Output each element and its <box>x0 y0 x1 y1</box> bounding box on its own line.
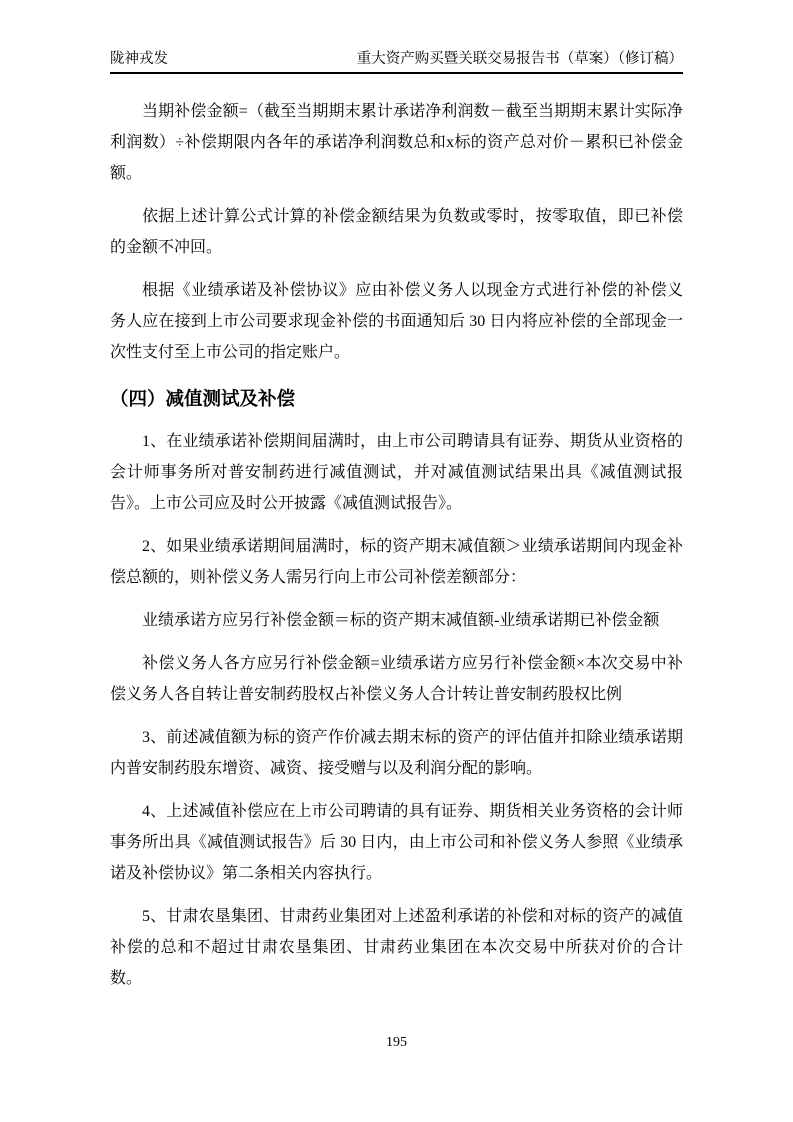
paragraph-item-2: 2、如果业绩承诺期间届满时，标的资产期末减值额＞业绩承诺期间内现金补偿总额的，则… <box>110 531 683 593</box>
paragraph-compensation-formula: 当期补偿金额=（截至当期期末累计承诺净利润数－截至当期期末累计实际净利润数）÷补… <box>110 96 683 189</box>
paragraph-item-4: 4、上述减值补偿应在上市公司聘请的具有证券、期货相关业务资格的会计师事务所出具《… <box>110 796 683 889</box>
paragraph-item-1: 1、在业绩承诺补偿期间届满时，由上市公司聘请具有证券、期货从业资格的会计师事务所… <box>110 426 683 519</box>
content-area: 陇神戎发 重大资产购买暨关联交易报告书（草案）（修订稿） 当期补偿金额=（截至当… <box>110 0 683 1006</box>
paragraph-zero-value-rule: 依据上述计算公式计算的补偿金额结果为负数或零时，按零取值，即已补偿的金额不冲回。 <box>110 201 683 263</box>
document-page: 陇神戎发 重大资产购买暨关联交易报告书（草案）（修订稿） 当期补偿金额=（截至当… <box>0 0 793 1122</box>
paragraph-cash-payment-rule: 根据《业绩承诺及补偿协议》应由补偿义务人以现金方式进行补偿的补偿义务人应在接到上… <box>110 275 683 368</box>
header-report-title: 重大资产购买暨关联交易报告书（草案）（修订稿） <box>357 50 683 68</box>
section-heading-impairment-test: （四）减值测试及补偿 <box>110 386 683 412</box>
paragraph-formula-additional-compensation: 业绩承诺方应另行补偿金额＝标的资产期末减值额-业绩承诺期已补偿金额 <box>110 605 683 636</box>
paragraph-item-3: 3、前述减值额为标的资产作价减去期末标的资产的评估值并扣除业绩承诺期内普安制药股… <box>110 722 683 784</box>
page-number: 195 <box>0 1034 793 1052</box>
header-company-name: 陇神戎发 <box>110 50 168 68</box>
page-header: 陇神戎发 重大资产购买暨关联交易报告书（草案）（修订稿） <box>110 0 683 74</box>
document-body: 当期补偿金额=（截至当期期末累计承诺净利润数－截至当期期末累计实际净利润数）÷补… <box>110 96 683 994</box>
paragraph-item-5: 5、甘肃农垦集团、甘肃药业集团对上述盈利承诺的补偿和对标的资产的减值补偿的总和不… <box>110 901 683 994</box>
paragraph-formula-party-allocation: 补偿义务人各方应另行补偿金额=业绩承诺方应另行补偿金额×本次交易中补偿义务人各自… <box>110 648 683 710</box>
